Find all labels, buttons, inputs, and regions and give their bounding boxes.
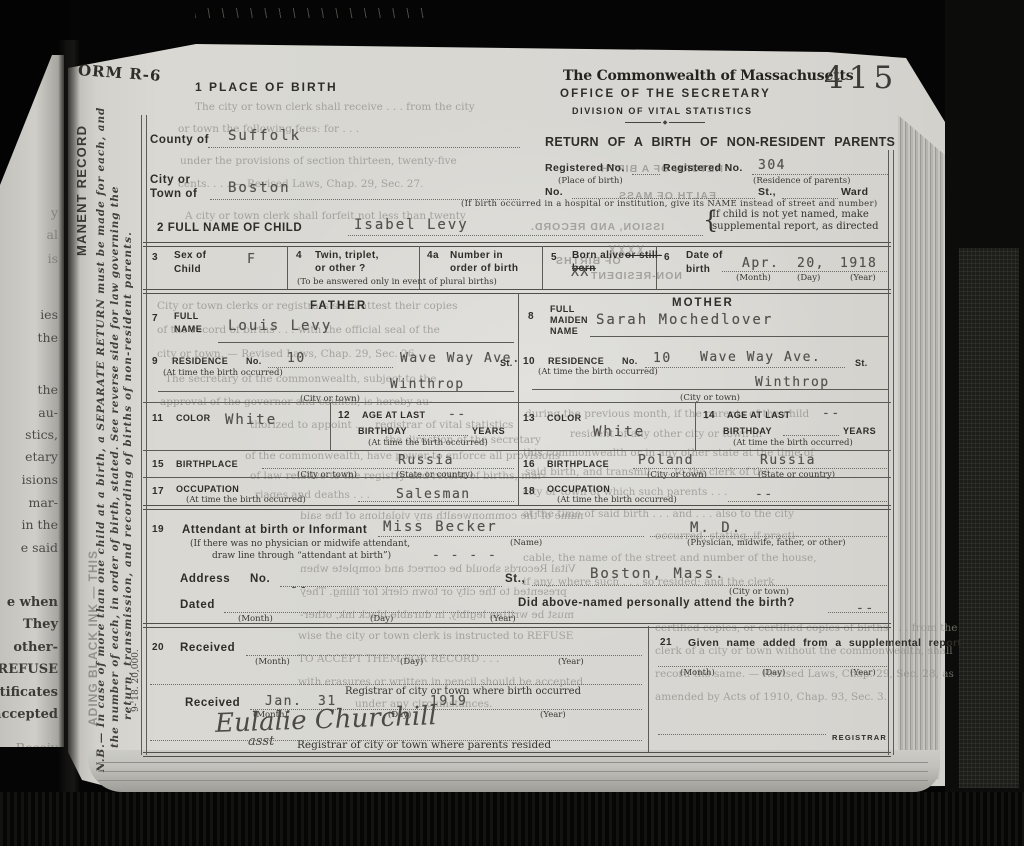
month-sub: (Month): [736, 273, 771, 283]
father-birthplace-label: BIRTHPLACE: [176, 459, 238, 469]
child-name-blank: [348, 234, 703, 236]
address-value: Boston, Mass.: [590, 566, 726, 582]
plural-births-note: (To be answered only in event of plural …: [297, 277, 497, 287]
registrar-small-label: REGISTRAR: [832, 733, 887, 742]
left-page-fragment: al: [47, 227, 58, 242]
mother-birthday-label: BIRTHDAY: [723, 426, 772, 436]
attendant-name-blank: [378, 535, 644, 537]
father-residence-no-label: No.: [246, 356, 262, 366]
mother-residence-no-value: 10: [653, 351, 672, 366]
child-note-line1: If child is not yet named, make: [712, 209, 869, 220]
form-title: RETURN OF A BIRTH OF NON-RESIDENT PARENT…: [545, 135, 895, 149]
registrar-parents-label: Registrar of city or town where parents …: [297, 739, 551, 751]
hospital-note: (If birth occurred in a hospital or inst…: [461, 199, 877, 209]
father-birthplace-state-value: Russia: [398, 453, 454, 468]
address-no-blank: [280, 585, 502, 587]
registrar-signature-blank: [658, 733, 826, 735]
attendant-title-value: M. D.: [690, 520, 742, 536]
book-cover-bottom: [0, 792, 1024, 846]
attendant-note-line1: (If there was no physician or midwife at…: [190, 539, 410, 549]
mother-street-value: Wave Way Ave.: [700, 350, 821, 365]
page-edge-line: [98, 771, 928, 772]
mother-birthplace-city-value: Poland: [638, 453, 694, 468]
left-page-fragment: etary: [25, 449, 58, 464]
father-age-blank: [418, 434, 468, 436]
double-rule: [143, 505, 891, 510]
residence-of-parents-sub: (Residence of parents): [753, 176, 850, 186]
office-of-secretary-heading: OFFICE OF THE SECRETARY: [560, 88, 771, 100]
mother-name-value: Sarah Mochedlover: [596, 312, 773, 328]
father-birthplace-blank: [262, 467, 514, 469]
address-blank: [532, 584, 889, 586]
ornament-diamond: ◆: [661, 119, 670, 126]
mother-birthplace-citytown-sub: (City or town): [647, 470, 707, 480]
father-age-label: AGE AT LAST: [362, 410, 425, 420]
field5-number: 5: [551, 252, 557, 263]
field14-number: 14: [703, 410, 715, 421]
binding-threads: [195, 8, 435, 18]
page-edge-line: [98, 780, 928, 781]
received-label-1: Received: [180, 642, 235, 654]
dated-label: Dated: [180, 599, 215, 611]
attendant-note-line2: draw line through “attendant at birth”): [212, 551, 391, 561]
father-years-label: YEARS: [472, 426, 505, 436]
father-header: FATHER: [310, 300, 367, 312]
left-page-fragment: mar-: [28, 495, 58, 510]
place-of-birth-sub: (Place of birth): [558, 176, 623, 186]
received1-year-sub: (Year): [558, 657, 584, 667]
registered-no-label-1: Registered No.: [545, 162, 625, 174]
county-label: County of: [150, 134, 209, 146]
address-citytown-sub: (City or town): [729, 587, 789, 597]
town-of-label: Town of: [150, 188, 197, 200]
mother-city-value: Winthrop: [755, 375, 830, 390]
twin-label-2: or other ?: [315, 263, 366, 274]
field4a-number: 4a: [427, 250, 439, 261]
street-st-label: St.,: [758, 186, 776, 198]
father-residence-no-value: 10: [287, 351, 306, 366]
field6-number: 6: [664, 252, 670, 263]
mother-color-value: White: [593, 424, 645, 440]
mother-residence-no-blank: [645, 366, 845, 368]
mother-years-label: YEARS: [843, 426, 876, 436]
year-sub: (Year): [850, 273, 876, 283]
field18-number: 18: [523, 486, 535, 497]
mother-residence-label: RESIDENCE: [548, 356, 604, 366]
city-value: Boston: [228, 180, 291, 196]
scanned-birth-record-photo: y al is ies the the au- stics, etary isi…: [0, 0, 1024, 846]
left-page-fragment: the: [38, 330, 58, 345]
father-birthday-label: BIRTHDAY: [358, 426, 407, 436]
street-no-label: No.: [545, 186, 563, 198]
commonwealth-heading: The Commonwealth of Massachusetts: [563, 68, 853, 84]
date-blank: [722, 270, 889, 272]
mother-residence-no-label: No.: [622, 356, 638, 366]
father-st-label: St.: [500, 358, 513, 368]
margin-note-line1: N.B.— In case of more than one child at …: [95, 107, 107, 772]
left-page-fragment: They: [23, 617, 58, 632]
field3-number: 3: [152, 252, 158, 263]
father-full-label: FULL: [174, 311, 199, 321]
row-border: [143, 402, 891, 403]
address-st-label: St.,: [505, 573, 525, 585]
color-age-divider-mother: [695, 403, 696, 450]
father-name-line: [218, 342, 514, 343]
dated-blank: [224, 611, 514, 613]
father-city-value: Winthrop: [390, 377, 465, 392]
color-age-divider-father: [330, 403, 331, 450]
mother-city-line: [532, 389, 889, 390]
order-label-2: order of birth: [450, 263, 518, 274]
father-occupation-attime-sub: (At time the birth occurred): [186, 495, 306, 505]
form-left-border: [141, 115, 147, 755]
ghost-text: cents. . . . — Revised Laws, Chap. 29, S…: [178, 178, 424, 190]
received-column-divider: [648, 626, 649, 752]
born-ghost-xxxx: XXXX: [607, 244, 644, 259]
supplemental-month-sub: (Month): [680, 668, 715, 678]
registered-no-blank-2: [752, 173, 888, 175]
ghost-text: under the provisions of section thirteen…: [180, 155, 457, 167]
attendant-title-blank: [650, 535, 889, 537]
child-name-value: Isabel Levy: [354, 217, 469, 233]
birth-month-value: Apr.: [742, 256, 779, 271]
address-no-label: No.: [250, 573, 270, 585]
father-name-value: Louis Levy: [228, 318, 332, 334]
father-color-value: White: [225, 412, 277, 428]
attendant-name-value: Miss Becker: [383, 519, 498, 535]
ghost-text-mirrored: NON-RESIDENT: [590, 270, 682, 282]
field13-number: 13: [523, 413, 535, 424]
ghost-text: amended by Acts of 1910, Chap. 93, Sec. …: [655, 691, 887, 703]
cover-weave-texture: [959, 248, 1019, 788]
address-no-value: --: [290, 580, 309, 595]
mother-occupation-attime-sub: (At time the birth occurred): [557, 495, 677, 505]
mother-age-value: --: [822, 406, 841, 421]
left-page-fragment: the: [38, 382, 58, 397]
margin-print-code: 9-'18. 20,000.: [131, 649, 141, 712]
mother-birthplace-state-value: Russia: [760, 453, 816, 468]
field7-number: 7: [152, 313, 158, 324]
father-attime-sub: (At time the birth occurred): [163, 368, 283, 378]
left-page-fragment: is: [48, 251, 58, 266]
field16-number: 16: [523, 459, 535, 470]
father-birthplace-statecountry-sub: (State or country): [396, 470, 473, 480]
book-gutter-shadow: [58, 40, 80, 792]
left-page-fragment: tificates: [0, 685, 58, 700]
division-vital-statistics-heading: DIVISION OF VITAL STATISTICS: [572, 106, 753, 116]
birth-year-value: 1918: [840, 256, 877, 271]
left-page-fragment: stics,: [25, 427, 58, 442]
field19-number: 19: [152, 524, 164, 535]
father-name-label: NAME: [174, 324, 202, 334]
ghost-text: wise the city or town clerk is instructe…: [298, 630, 573, 642]
mother-age-attime-sub: (At time the birth occurred): [733, 438, 853, 448]
mother-name-label: NAME: [550, 326, 578, 336]
left-page-fragment: au-: [38, 405, 58, 420]
birth-day-value: 20,: [797, 256, 825, 271]
received-label-2: Received: [185, 697, 240, 709]
table-divider: [542, 246, 543, 289]
ghost-text: City or town clerks or registrars shall …: [157, 300, 458, 312]
ghost-text: The city or town clerk shall receive . .…: [195, 101, 475, 113]
mother-age-blank: [783, 434, 839, 436]
registrar-birth-blank: [150, 683, 642, 685]
mother-birthplace-statecountry-sub: (State or country): [758, 470, 835, 480]
attend-question-blank: [828, 611, 889, 613]
father-color-label: COLOR: [176, 413, 211, 423]
page-stack-right-edge: [898, 115, 945, 780]
field1-place-of-birth-label: 1 PLACE OF BIRTH: [195, 80, 338, 94]
received1-month-sub: (Month): [255, 657, 290, 667]
field21-number: 21: [660, 637, 672, 648]
row-border: [143, 477, 891, 478]
sex-value: F: [247, 252, 256, 267]
mother-occupation-blank: [728, 500, 889, 502]
mother-maiden-label: MAIDEN: [550, 315, 588, 325]
left-page-fragment: REFUSE: [0, 662, 58, 677]
father-age-attime-sub: (At time the birth occurred): [368, 438, 488, 448]
field20-number: 20: [152, 642, 164, 653]
child-name-label: 2 FULL NAME OF CHILD: [157, 222, 302, 234]
form-right-border: [888, 150, 894, 755]
double-rule: [143, 623, 891, 628]
county-blank-line: [208, 146, 520, 148]
left-page-fragment: in the: [22, 517, 59, 532]
sex-label-2: Child: [174, 264, 201, 275]
father-birthplace-citytown-sub: (City or town): [297, 470, 357, 480]
father-age-value: --: [448, 407, 467, 422]
attendant-dashes: - - - -: [432, 548, 497, 563]
page-number: 415: [824, 60, 898, 96]
double-rule: [143, 289, 891, 294]
left-page-fragment: accepted: [0, 707, 58, 722]
asst-handwritten: asst: [248, 734, 274, 749]
left-page-fragment: Receiv: [16, 740, 58, 755]
born-alive-value: XX: [571, 265, 590, 280]
attendant-name-sub: (Name): [510, 538, 542, 548]
left-page-fragment: e said: [21, 540, 58, 555]
table-divider: [287, 246, 288, 289]
supplemental-label: Given name added from a supplemental rep…: [688, 637, 961, 649]
field8-number: 8: [528, 311, 534, 322]
received2-year-sub: (Year): [540, 710, 566, 720]
field10-number: 10: [523, 356, 535, 367]
left-page-fragment: y: [51, 205, 58, 220]
address-label: Address: [180, 573, 230, 585]
page-edge-line: [98, 762, 928, 763]
ghost-text-mirrored: Vital Records should be correct and comp…: [300, 563, 576, 575]
county-value: Suffolk: [228, 128, 301, 144]
attend-question-value: --: [856, 601, 875, 616]
registered-no-value: 304: [758, 158, 786, 173]
mother-age-label: AGE AT LAST: [727, 410, 790, 420]
father-residence-no-blank: [268, 366, 393, 368]
date-label-2: birth: [686, 264, 710, 275]
street-ward-label: Ward: [841, 186, 868, 198]
field17-number: 17: [152, 486, 164, 497]
margin-note-line2: the number of each, in order of birth, s…: [109, 186, 121, 748]
supplemental-day-sub: (Day): [762, 668, 785, 678]
left-page-fragment: isions: [22, 472, 58, 487]
double-rule: [143, 242, 891, 247]
mother-full-label: FULL: [550, 304, 575, 314]
left-page-fragment: other-: [13, 640, 58, 655]
attendant-title-sub: (Physician, midwife, father, or other): [687, 538, 846, 548]
ghost-text-mirrored: ISSION, AND RECORD.: [530, 221, 664, 233]
attend-question-label: Did above-named personally attend the bi…: [518, 597, 795, 609]
mother-name-line: [590, 336, 889, 337]
field4-number: 4: [296, 250, 302, 261]
sex-label-1: Sex of: [174, 250, 206, 261]
attendant-label: Attendant at birth or Informant: [182, 524, 367, 536]
received-blank-1: [246, 654, 642, 656]
book-cover-right: [945, 0, 1024, 846]
supplemental-blank: [658, 665, 889, 667]
registered-no-label-2: Registered No.: [663, 162, 743, 174]
left-page-fragment: ies: [40, 307, 58, 322]
father-city-line: [158, 391, 514, 392]
order-label-1: Number in: [450, 250, 503, 261]
mother-color-label: COLOR: [547, 413, 582, 423]
supplemental-year-sub: (Year): [850, 668, 876, 678]
mother-occupation-label: OCCUPATION: [547, 484, 610, 494]
mother-header: MOTHER: [672, 297, 734, 309]
city-or-label: City or: [150, 174, 191, 186]
mother-birthplace-label: BIRTHPLACE: [547, 459, 609, 469]
double-rule-bottom: [143, 752, 891, 757]
father-residence-label: RESIDENCE: [172, 356, 228, 366]
parent-column-divider: [518, 293, 519, 506]
field9-number: 9: [152, 356, 158, 367]
mother-st-label: St.: [855, 358, 868, 368]
left-page-fragment: e when: [7, 595, 58, 610]
date-label-1: Date of: [686, 250, 723, 261]
father-occupation-blank: [358, 500, 514, 502]
mother-attime-sub: (At time the birth occurred): [538, 367, 658, 377]
row-border: [143, 450, 891, 451]
field12-number: 12: [338, 410, 350, 421]
day-sub: (Day): [797, 273, 820, 283]
twin-label-1: Twin, triplet,: [315, 250, 379, 261]
ornament-divider: ◆: [625, 119, 705, 126]
received1-day-sub: (Day): [400, 657, 423, 667]
child-note-line2: supplemental report, as directed: [712, 221, 878, 232]
field15-number: 15: [152, 459, 164, 470]
registered-no-blank-1: [632, 173, 660, 175]
margin-note-line3: return, transmission, and recording of b…: [122, 231, 134, 720]
field11-number: 11: [152, 413, 163, 424]
father-occupation-label: OCCUPATION: [176, 484, 239, 494]
